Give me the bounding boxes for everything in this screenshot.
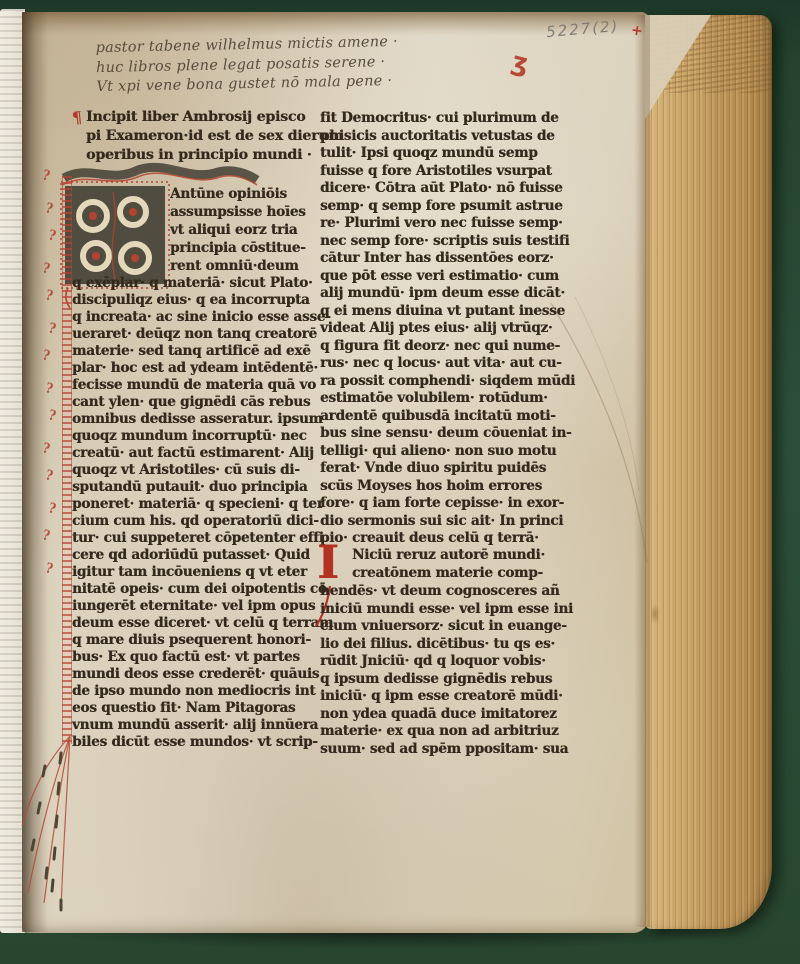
printed-text-line: dio sermonis sui sic ait· In princi [320,513,575,531]
printed-text-line: suum· sed ad spēm ppositam· sua [320,741,573,759]
printed-text-line: nec semp fore· scriptis suis testifi [320,233,575,251]
column-2-side-lines: Niciū reruz autorē mundi·creatōnem mater… [352,547,545,582]
printed-text-line: Niciū reruz autorē mundi· [352,547,545,565]
printed-text-line: mundi deos esse crederēt· quāuis [72,666,333,683]
penwork-squiggle-icon: ? [41,260,52,277]
column-1-lines: q exēplar· q materiā· sicut Plato·discip… [72,275,333,751]
penwork-spray-icon [14,728,174,923]
printed-text-line: Antūne opiniōis [170,185,306,203]
printed-text-line: phisicis auctoritatis vetustas de [320,128,575,146]
printed-text-line: materie· ex qua non ad arbitriuz [320,723,573,741]
printed-text-line: dicere· Cōtra aūt Plato· nō fuisse [320,180,575,198]
printed-text-line: q ei mens diuina vt putant inesse [320,303,575,321]
printed-text-line: ardentē quibusdā incitatū moti- [320,408,575,426]
printed-text-line: que pōt esse veri estimatio· cum [320,268,575,286]
red-plus-mark-icon: + [630,22,644,39]
printed-text-line: quoqz vt Aristotiles· cū suis di- [72,462,333,479]
printed-text-line: omnibus dedisse asseratur. ipsum [72,411,333,428]
printed-text-line: ueraret· deūqz non tanq creatorē [72,326,333,343]
column-1-side-lines: Antūne opiniōisassumpsisse hoīesvt aliqu… [170,185,306,275]
initial-letter-i: I [317,540,339,584]
penwork-squiggle-icon: ? [47,500,58,517]
printed-text-line: vt aliqui eorz tria [170,221,306,239]
incipit-block: Incipit liber Ambrosij episcopi Exameron… [86,108,343,165]
printed-text-line: non ydea quadā duce imitatorez [320,706,573,724]
printed-text-line: igitur tam incōueniens q vt eter [72,564,333,581]
printed-text-line: Incipit liber Ambrosij episco [86,108,343,127]
printed-text-line: deum esse diceret· vt celū q terram [72,615,333,632]
printed-text-line: lio dei filius. dicētibus· tu qs es· [320,636,573,654]
printed-text-line: materie· sed tanq artificē ad exē [72,343,333,360]
printed-text-line: iungerēt eternitate· vel ipm opus [72,598,333,615]
printed-text-line: fore· q iam forte cepisse· in exor- [320,495,575,513]
printed-text-line: rūdit Jniciū· qd q loquor vobis· [320,653,573,671]
photo-backdrop: { "colors":{"backdrop":"#2c4e3a","page":… [0,0,800,964]
printed-text-line: rent omniū·deum [170,257,306,275]
printed-text-line: re· Plurimi vero nec fuisse semp· [320,215,575,233]
printed-text-line: poneret· materiā· q specieni· q ter [72,496,333,513]
printed-text-line: cant ylen· que gignēdi cās rebus [72,394,333,411]
penwork-squiggle-icon: ? [47,320,58,337]
printed-text-line: q figura fit deorz· nec qui nume- [320,338,575,356]
printed-text-line: q ipsum dedisse gignēdis rebus [320,671,573,689]
penwork-squiggle-icon: ? [47,407,58,424]
penwork-squiggle-icon: ? [44,467,55,484]
handwriting-block: pastor tabene wilhelmus mictis amene ·hu… [95,33,399,98]
penwork-squiggle-icon: ? [41,527,52,544]
printed-text-line: vnum mundū asserit· alij innūera [72,717,333,734]
printed-text-line: pi Exameron·id est de sex dierum [86,127,343,146]
printed-text-line: cium cum his. qd operatoriū dici- [72,513,333,530]
printed-text-line: iniciū mundi esse· vel ipm esse ini [320,601,573,619]
printed-text-line: iniciū· q ipm esse creatorē mūdi· [320,688,573,706]
rubric-paraph-icon: ¶ [71,108,83,128]
printed-text-line: semp· q semp fore psumit astrue [320,198,575,216]
printed-text-line: cere qd adoriūdū putasset· Quid [72,547,333,564]
penwork-squiggle-icon: ? [44,560,55,577]
penwork-squiggle-icon: ? [44,287,55,304]
printed-text-line: eos questio fit· Nam Pitagoras [72,700,333,717]
stain-spot [650,604,660,624]
penwork-squiggle-icon: ? [41,440,52,457]
printed-text-line: cātur Inter has dissentōes eorz· [320,250,575,268]
printed-text-line: hendēs· vt deum cognosceres añ [320,583,573,601]
printed-text-line: q mare diuis psequerent honori- [72,632,333,649]
printed-text-line: plar· hoc est ad ydeam intēdentē· [72,360,333,377]
printed-text-line: biles dicūt esse mundos· vt scrip- [72,734,333,751]
printed-text-line: cium vniuersorz· sicut in euange- [320,618,573,636]
printed-text-line: telligi· qui alieno· non suo motu [320,443,575,461]
printed-text-line: tulit· Ipsi quoqz mundū semp [320,145,575,163]
printed-text-line: q increata· ac sine inicio esse asse- [72,309,333,326]
printed-text-line: assumpsisse hoīes [170,203,306,221]
penwork-squiggle-icon: ? [41,167,52,184]
printed-text-line: quoqz mundum incorruptū· nec [72,428,333,445]
printed-text-line: alij mundū· ipm deum esse dicāt· [320,285,575,303]
printed-text-line: pio· creauit deus celū q terrā· [320,530,575,548]
printed-text-line: scūs Moyses hos hoim errores [320,478,575,496]
printed-text-line: q exēplar· q materiā· sicut Plato· [72,275,333,292]
printed-text-line: bus· Ex quo factū est· vt partes [72,649,333,666]
penwork-squiggle-icon: ? [44,200,55,217]
printed-text-line: fit Democritus· cui plurimum de [320,110,575,128]
printed-text-line: sputandū putauit· duo principia [72,479,333,496]
column-2-lower-lines: hendēs· vt deum cognosceres añiniciū mun… [320,583,573,758]
printed-text-line: creatū· aut factū estimarent· Alij [72,445,333,462]
printed-text-line: bus sine sensu· deum cōueniat in- [320,425,575,443]
penwork-squiggle-icon: ? [47,227,58,244]
printed-text-line: de ipso mundo non mediocris int [72,683,333,700]
printed-text-line: fecisse mundū de materia quā vo [72,377,333,394]
penwork-squiggle-icon: ? [44,380,55,397]
printed-text-line: fuisse q fore Aristotiles vsurpat [320,163,575,181]
printed-text-line: discipuliqz eius· q ea incorrupta [72,292,333,309]
printed-text-line: estimatōe volubilem· rotūdum· [320,390,575,408]
printed-text-line: principia cōstitue- [170,239,306,257]
printed-text-line: ferat· Vnde diuo spiritu puidēs [320,460,575,478]
column-2-upper-lines: fit Democritus· cui plurimum dephisicis … [320,110,575,548]
printed-text-line: rus· nec q locus· aut vita· aut cu- [320,355,575,373]
penwork-squiggles: ?????????????? [42,168,64,768]
printed-text-line: ra possit comphendi· siqdem mūdi [320,373,575,391]
printed-text-line: nitatē opeis· cum dei oipotentis cō [72,581,333,598]
printed-text-line: tur· cui suppeteret cōpetenter effi [72,530,333,547]
printed-text-line: videat Alij ptes eius· alij vtrūqz· [320,320,575,338]
penwork-squiggle-icon: ? [41,347,52,364]
printed-text-line: creatōnem materie comp- [352,565,545,583]
